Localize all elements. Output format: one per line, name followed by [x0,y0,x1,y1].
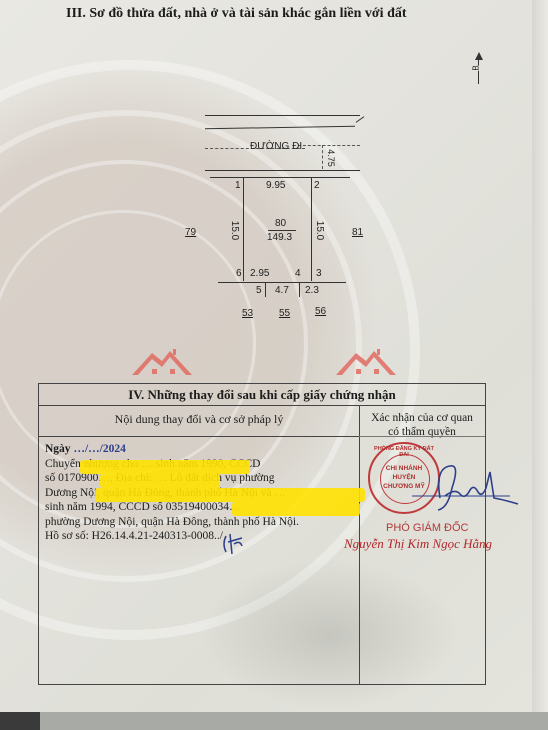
date-value: …/…/2024 [73,443,125,455]
edge-right-length: 15.0 [314,221,325,240]
column-header-line: Xác nhận của cơ quan [359,411,485,425]
entry-line: phường Dương Nội, quận Hà Đông, thành ph… [45,515,357,530]
road-centerline [298,145,360,146]
entry-line: Hồ sơ số: H26.14.4.21-240313-0008../ [45,529,357,544]
road-width-dimension [322,145,323,169]
signer-role: PHÓ GIÁM ĐỐC [386,522,469,534]
vertex-5: 5 [256,285,262,296]
neighbor-parcel-79: 79 [185,227,196,238]
redaction-highlight [232,502,360,516]
redaction-highlight [95,488,365,502]
column-header-confirmation: Xác nhận của cơ quan có thẩm quyền [359,411,485,439]
edge-top-length: 9.95 [266,180,285,191]
header-divider [39,436,359,437]
road-edge-line [205,126,355,130]
house-roof-icon [130,345,194,381]
road-width-label: 4.75 [326,149,336,167]
parcel-number: 80 [275,218,286,229]
vertex-6: 6 [236,268,242,279]
vertex-1: 1 [235,180,241,191]
stamp-ring-text: PHÒNG ĐĂNG KÝ ĐẤT ĐAI [370,446,438,458]
road-edge-curve [356,116,365,123]
vertex-4: 4 [295,268,301,279]
changes-table: IV. Những thay đổi sau khi cấp giấy chứn… [38,383,486,685]
vertex-2: 2 [314,180,320,191]
road-label: ĐƯỜNG ĐI [250,141,302,152]
vertex-3: 3 [316,268,322,279]
redaction-highlight [100,474,220,488]
area-fraction-bar [268,230,296,231]
parcel-top-boundary [210,177,350,178]
boundary-tick [265,283,266,297]
neighbor-parcel-56: 56 [315,306,326,317]
initials-signature [220,530,250,556]
redaction-highlight [80,460,250,474]
section-4-title: IV. Những thay đổi sau khi cấp giấy chứn… [39,384,485,406]
signer-name: Nguyễn Thị Kim Ngọc Hằng [344,536,492,552]
boundary-tick [299,283,300,297]
parcel-left-boundary [243,177,244,281]
column-header-content: Nội dung thay đổi và cơ sở pháp lý [39,412,359,427]
neighbor-parcel-55: 55 [279,308,290,319]
edge-left-length: 15.0 [229,221,240,240]
parcel-diagram: ĐƯỜNG ĐI 4.75 1 2 3 4 5 6 9.95 15.0 15.0… [0,0,548,380]
neighbor-parcel-81: 81 [352,227,363,238]
road-edge-line [205,170,360,171]
road-edge-line [205,115,360,116]
date-prefix: Ngày [45,443,71,455]
house-roof-icon [334,345,398,381]
background-strip [0,712,548,730]
entry-date: Ngày …/…/2024 [45,442,357,457]
neighbor-parcel-53: 53 [242,308,253,319]
parcel-right-boundary [311,177,312,281]
parcel-bottom-boundary [218,282,346,283]
header-divider [359,436,485,437]
edge-bottom-mid-length: 4.7 [275,285,289,296]
edge-bottom-left-length: 2.95 [250,268,269,279]
parcel-area: 149.3 [267,232,292,243]
signature [410,458,520,518]
edge-bottom-right-length: 2.3 [305,285,319,296]
